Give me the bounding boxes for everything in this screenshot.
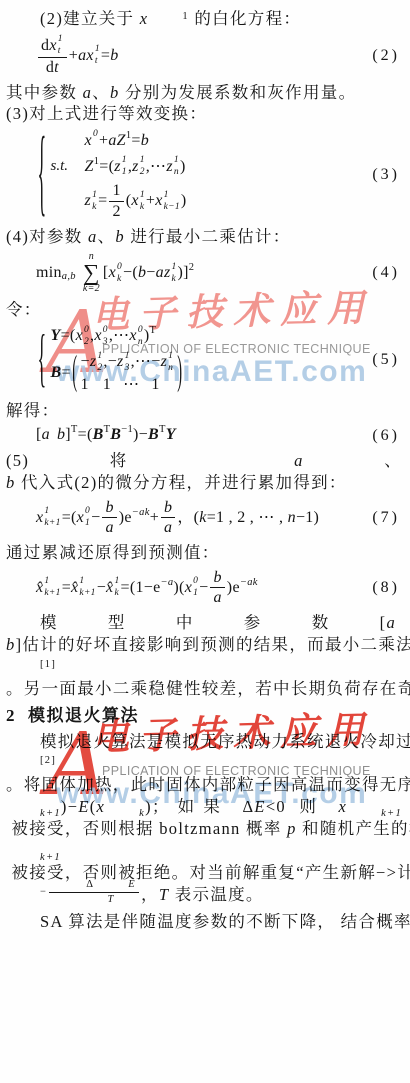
formula: Z1=(z11,z12,⋯z1n) — [85, 156, 186, 177]
paper-page: (2)建立关于 x1 的白化方程：dx1tdt+ax1t=b(2)其中参数 a、… — [0, 0, 410, 1083]
matrix: (−z12,−z13,⋯−z1n11⋯1) — [71, 352, 184, 394]
math-var: z — [90, 353, 97, 371]
formula: Y=(x02,x03,⋯x0n)T — [51, 326, 157, 347]
math-var: x — [97, 797, 106, 816]
scripted-var: z12 — [132, 156, 146, 177]
numerator: ΔE — [49, 879, 139, 893]
superscript: 1 — [122, 156, 127, 165]
paragraph: (3)对上式进行等效变换： — [6, 103, 402, 125]
subscript: k — [171, 275, 176, 284]
superscript: 1 — [140, 191, 145, 200]
subscript: k — [105, 809, 145, 820]
math-var: x — [129, 327, 136, 345]
math-var: E — [78, 797, 89, 816]
math-var: b — [110, 83, 120, 102]
math-text: − — [40, 887, 47, 898]
math-text: 分别为发展系数和灰作用量。 — [120, 83, 357, 102]
scripted-var: x0 — [85, 130, 99, 151]
math-text: ， — [141, 885, 159, 904]
math-var: x — [131, 192, 138, 210]
scripted-var: x01 — [185, 577, 199, 598]
math-text: − — [199, 579, 208, 597]
subscript: 1 — [193, 589, 198, 598]
scripted-var: x02 — [76, 326, 90, 347]
math-text: (2)建立关于 — [40, 9, 140, 28]
denominator: dt — [46, 58, 59, 77]
numerator: b — [161, 499, 175, 519]
denominator: T — [74, 893, 115, 906]
formula: mina,bn∑k=2[x0k−(b−az1k)]2 — [36, 252, 194, 294]
script-stack: 1t — [95, 45, 100, 66]
math-var: x — [94, 327, 101, 345]
math-var: k+1 — [381, 808, 402, 819]
superscript: T — [150, 326, 157, 337]
fraction: dx1tdt — [38, 35, 67, 77]
equation: [ab]T=(BTB−1)−BTY(6) — [6, 426, 402, 444]
math-text: ) — [180, 158, 186, 176]
script-stack: 02 — [84, 326, 89, 347]
math-vector: B — [148, 426, 159, 444]
superscript: 0 — [85, 507, 90, 516]
formula: B=(−z12,−z13,⋯−z1n11⋯1) — [51, 352, 184, 394]
superscript: 0 — [193, 577, 198, 586]
math-var: x — [85, 132, 92, 150]
math-text: 被接受，否则根据 boltzmann 概率 — [6, 819, 287, 838]
math-text: <0 则 — [266, 797, 339, 816]
math-var: k — [199, 509, 206, 527]
math-text: min — [36, 264, 62, 282]
superscript: 1 — [148, 12, 189, 23]
math-text: 1 — [80, 376, 88, 394]
script-stack: 1n — [174, 156, 179, 177]
math-text: + — [99, 132, 108, 150]
math-text: 、 — [304, 451, 402, 470]
math-var: a — [386, 613, 396, 632]
script-stack: 1n — [168, 352, 173, 373]
equation-system: {x0+aZ1=bs.t.Z1=(z11,z12,⋯z1n)z1k=12(x1k… — [6, 130, 402, 220]
script-stack: 12 — [97, 352, 102, 373]
math-vector: B — [51, 364, 62, 382]
superscript: −ΔET — [6, 879, 141, 905]
superscript: T — [159, 425, 166, 436]
equation-number: (3) — [372, 166, 402, 184]
math-var: k+1 — [40, 852, 61, 863]
superscript: −a — [160, 578, 173, 589]
equation-number: (4) — [372, 264, 402, 282]
superscript: 1 — [94, 157, 100, 168]
math-text: 2 — [6, 706, 16, 725]
superscript: 0 — [117, 263, 122, 272]
math-text: 1 — [103, 376, 111, 394]
math-text: = — [62, 364, 71, 382]
math-var: b — [110, 47, 118, 65]
system-row: s.t.Z1=(z11,z12,⋯z1n) — [51, 156, 187, 177]
superscript: 1 — [44, 577, 49, 586]
superscript: −1 — [121, 425, 133, 436]
subscript: k — [140, 203, 145, 212]
paragraph: 通过累减还原得到预测值： — [6, 542, 402, 564]
subscript: 2 — [140, 168, 145, 177]
math-var: b — [138, 264, 146, 282]
math-text: 、 — [98, 227, 116, 246]
math-text: (4)对参数 — [6, 227, 88, 246]
equation: x1k+1=(x01−ba)e−ak+ba，(k=1 , 2 , ⋯ , n−1… — [6, 499, 402, 537]
superscript: 0 — [84, 326, 89, 335]
script-stack: 01 — [193, 577, 198, 598]
math-text: 的白化方程： — [189, 9, 301, 28]
math-text: )；如果 Δ — [145, 797, 254, 816]
math-var: x̂ — [106, 579, 113, 597]
numerator: b — [210, 569, 224, 589]
math-var: a — [42, 426, 50, 444]
math-var: b — [141, 132, 149, 150]
script-stack: 1k+1 — [44, 577, 60, 598]
formula: x1k+1=(x01−ba)e−ak+ba，(k=1 , 2 , ⋯ , n−1… — [36, 499, 319, 537]
paragraph: 令： — [6, 299, 402, 321]
scripted-var: x̂1k — [106, 577, 120, 598]
fraction: ba — [161, 499, 175, 537]
system-row: z1k=12(x1k+x1k−1) — [51, 182, 187, 220]
equation-system: {Y=(x02,x03,⋯x0n)TB=(−z12,−z13,⋯−z1n11⋯1… — [6, 326, 402, 394]
scripted-var: x1k−1 — [155, 191, 181, 212]
scripted-var: z13 — [117, 352, 131, 373]
math-var: x — [49, 37, 56, 55]
script-stack: 13 — [125, 352, 130, 373]
math-var: x — [36, 509, 43, 527]
subscript: k+1 — [6, 853, 61, 864]
right-paren-icon: ) — [177, 353, 182, 395]
math-text: = — [131, 132, 140, 150]
superscript: −ak — [240, 578, 258, 589]
superscript: [1] — [6, 660, 56, 671]
scripted-var: x̂1k+1 — [36, 577, 62, 598]
subscript: 2 — [84, 338, 89, 347]
math-var: n — [288, 509, 296, 527]
scripted-var: z1n — [161, 352, 175, 373]
math-var: k — [139, 808, 145, 819]
subscript: k — [117, 275, 122, 284]
equation-number: (5) — [372, 351, 402, 369]
math-var: x — [109, 264, 116, 282]
math-var: a — [156, 264, 164, 282]
math-text: SA 算法是伴随温度参数的不断下降， 结合概率突 — [40, 912, 410, 931]
math-var: a — [105, 519, 113, 537]
superscript: 1 — [168, 352, 173, 361]
math-text: e — [153, 579, 160, 597]
superscript: 0 — [103, 326, 108, 335]
math-text: )( — [173, 579, 184, 597]
system: {Y=(x02,x03,⋯x0n)TB=(−z12,−z13,⋯−z1n11⋯1… — [36, 326, 184, 394]
superscript: 1 — [97, 352, 102, 361]
math-vector: Y — [166, 426, 176, 444]
math-text: = — [101, 47, 110, 65]
math-text: 2 — [112, 203, 120, 221]
subscript: t — [95, 57, 98, 66]
math-var: b — [115, 227, 125, 246]
math-vector: B — [110, 426, 121, 444]
math-var: a — [83, 83, 93, 102]
paragraph: 模拟退火算法是模拟无序热动力系统退火冷却过程的行为，将统计学应用到热力学的理论中… — [6, 731, 402, 911]
superscript: 1 — [126, 131, 132, 142]
scripted-var: x0k — [109, 263, 123, 284]
paragraph: (2)建立关于 x1 的白化方程： — [6, 8, 402, 30]
superscript: 0 — [138, 326, 143, 335]
math-text: e — [124, 509, 131, 527]
script-stack: 1k — [140, 191, 145, 212]
scripted-var: x03 — [94, 326, 108, 347]
math-var: a — [294, 451, 304, 470]
math-text: 令： — [6, 300, 42, 319]
math-var: Z — [85, 158, 94, 176]
scripted-var: x̂1k+1 — [71, 577, 97, 598]
math-text: ⋯ — [123, 376, 139, 394]
math-text: ,⋯ — [146, 158, 167, 176]
denominator: a — [213, 588, 221, 607]
formula: [ab]T=(BTB−1)−BTY — [36, 426, 176, 444]
subscript: 3 — [103, 338, 108, 347]
math-var: x̂ — [36, 579, 43, 597]
script-stack: 03 — [103, 326, 108, 347]
script-stack: 1k+1 — [79, 577, 95, 598]
scripted-var: x1k — [131, 191, 145, 212]
system-rows: x0+aZ1=bs.t.Z1=(z11,z12,⋯z1n)z1k=12(x1k+… — [51, 130, 187, 220]
math-var: z — [166, 158, 173, 176]
math-text: 1 — [151, 376, 159, 394]
math-text: )− — [61, 797, 78, 816]
denominator: 2 — [112, 202, 120, 221]
math-var: b — [164, 499, 172, 517]
brace-icon: { — [37, 328, 46, 393]
subscript: k — [114, 589, 119, 598]
math-text: 模拟退火算法是模拟无序热动力系统退火冷却过程的行为，将统计学应用到热力学的理论中 — [40, 732, 410, 751]
math-var: z — [164, 264, 171, 282]
superscript: 1 — [114, 577, 119, 586]
math-var: T — [159, 885, 169, 904]
script-stack: 12 — [140, 156, 145, 177]
math-text: − — [146, 264, 155, 282]
math-text: =(1− — [121, 579, 154, 597]
math-text: 表示温度。 — [169, 885, 263, 904]
subscript: k+1 — [6, 809, 61, 820]
math-var: b — [213, 569, 221, 587]
scripted-var: x01 — [77, 507, 91, 528]
math-var: x̂ — [71, 579, 78, 597]
script-stack: 1k — [171, 263, 176, 284]
math-text: = — [62, 579, 71, 597]
subscript: 3 — [125, 364, 130, 373]
math-text: 解得： — [6, 401, 59, 420]
superscript: 1 — [164, 191, 169, 200]
subscript: k−1 — [164, 203, 180, 212]
math-var: a — [164, 519, 172, 537]
superscript: 1 — [44, 507, 49, 516]
math-text: − — [97, 579, 106, 597]
math-text: ,− — [103, 353, 117, 371]
math-text: − — [91, 509, 100, 527]
subscript: k+1 — [79, 589, 95, 598]
math-text: 、 — [92, 83, 110, 102]
math-vector: B — [93, 426, 104, 444]
subscript: k+1 — [347, 809, 402, 820]
math-var: −a — [160, 577, 173, 588]
math-text: + — [69, 47, 78, 65]
math-text: 模拟退火算法 — [28, 706, 139, 725]
subscript: n — [138, 338, 143, 347]
math-var: b — [6, 635, 16, 654]
subscript: 1 — [122, 168, 127, 177]
scripted-var: z12 — [90, 352, 104, 373]
math-var: x — [140, 9, 149, 28]
math-text: + — [146, 192, 155, 210]
numerator: dx1t — [38, 35, 67, 58]
fraction: 12 — [109, 182, 123, 220]
paragraph: SA 算法是伴随温度参数的不断下降， 结合概率突 — [6, 911, 402, 933]
constraint-label: s.t. — [51, 158, 85, 175]
subscript: 1 — [85, 519, 90, 528]
math-text: =( — [61, 327, 76, 345]
math-text: d — [46, 59, 54, 77]
math-text: 通过累减还原得到预测值： — [6, 543, 220, 562]
formula: dx1tdt+ax1t=b — [36, 35, 119, 77]
paragraph: 模型中参数[ab]估计的好坏直接影响到预测的结果，而最小二乘法是基于残差平方和最… — [6, 612, 402, 700]
article-content: (2)建立关于 x1 的白化方程：dx1tdt+ax1t=b(2)其中参数 a、… — [0, 0, 410, 932]
scripted-var: x1t — [86, 45, 100, 66]
scripted-var: x1t — [49, 35, 63, 56]
scripted-var: x0n — [129, 326, 143, 347]
math-text: 。将固体加热，此时固体内部粒子因高温而变得无序，伴随温度参数的不断下降，固体内部… — [6, 775, 410, 794]
paragraph: 其中参数 a、b 分别为发展系数和灰作用量。 — [6, 82, 402, 104]
math-var: b — [105, 499, 113, 517]
math-var: z — [132, 158, 139, 176]
math-var: x — [76, 327, 83, 345]
equation-number: (7) — [372, 509, 402, 527]
denominator: a — [105, 518, 113, 537]
math-var: b — [57, 426, 65, 444]
matrix-row: −z12,−z13,⋯−z1n — [80, 352, 174, 373]
math-var: p — [287, 819, 297, 838]
script-stack: 1k−1 — [164, 191, 180, 212]
scripted-var: z1n — [166, 156, 180, 177]
subscript: 2 — [97, 364, 102, 373]
math-text: =( — [99, 158, 114, 176]
script-stack: 0 — [93, 130, 98, 151]
math-var: x — [155, 192, 162, 210]
math-var: T — [74, 894, 115, 906]
superscript: 2 — [189, 263, 195, 274]
brace-icon: { — [37, 127, 46, 224]
math-var: z — [85, 192, 92, 210]
math-var: a — [213, 589, 221, 607]
superscript: T — [104, 425, 111, 436]
math-text: 和随机产生的概率阈值 — [297, 819, 410, 838]
math-text: (3)对上式进行等效变换： — [6, 104, 207, 123]
equation-number: (2) — [372, 47, 402, 65]
math-text: )− — [133, 426, 148, 444]
script-stack: 1t — [58, 35, 63, 56]
math-text: =( — [78, 426, 93, 444]
matrix-rows: −z12,−z13,⋯−z1n11⋯1 — [78, 352, 176, 394]
system-rows: Y=(x02,x03,⋯x0n)TB=(−z12,−z13,⋯−z1n11⋯1) — [51, 326, 184, 394]
scripted-var: z1k — [164, 263, 178, 284]
superscript: 1 — [171, 263, 176, 272]
numerator: 1 — [109, 182, 123, 202]
script-stack: 1k — [92, 191, 97, 212]
math-var: x — [185, 579, 192, 597]
formula: x̂1k+1=x̂1k+1−x̂1k=(1−e−a)(x01−ba)e−ak — [36, 569, 258, 607]
math-var: Z — [117, 132, 126, 150]
math-text: 其中参数 — [6, 83, 83, 102]
math-text: =1 , 2 , ⋯ , — [207, 509, 288, 527]
math-var: x — [86, 47, 93, 65]
superscript: −ak — [132, 508, 150, 519]
math-text: (5)将 — [6, 451, 294, 470]
math-text: ,⋯ — [109, 327, 130, 345]
subscript: a,b — [62, 272, 76, 283]
denominator: a — [164, 518, 172, 537]
numerator: b — [102, 499, 116, 519]
math-text: Δ — [52, 879, 94, 891]
superscript: 1 — [125, 352, 130, 361]
left-paren-icon: ( — [72, 353, 77, 395]
math-text: + — [150, 509, 159, 527]
superscript: 1 — [79, 577, 84, 586]
math-var: x — [77, 509, 84, 527]
math-var: k+1 — [40, 808, 61, 819]
math-text: ]估计的好坏直接影响到预测的结果，而最小二乘法是基于残差平方和最小寻优，容易陷入… — [16, 635, 410, 654]
math-text: −1) — [296, 509, 319, 527]
equation-number: (8) — [372, 579, 402, 597]
math-text: = — [98, 192, 107, 210]
subscript: t — [58, 47, 61, 56]
fraction: ΔET — [49, 879, 139, 905]
fraction: ba — [102, 499, 116, 537]
sigma-icon: ∑ — [83, 262, 100, 284]
math-var: b — [6, 473, 16, 492]
script-stack: 01 — [85, 507, 90, 528]
math-text: ) — [181, 192, 187, 210]
math-var: z — [161, 353, 168, 371]
formula: z1k=12(x1k+x1k−1) — [85, 182, 187, 220]
script-stack: 0k — [117, 263, 122, 284]
math-var: z — [114, 158, 121, 176]
math-var: z — [117, 353, 124, 371]
paragraph: (5)将 a、b 代入式(2)的微分方程，并进行累加得到： — [6, 450, 402, 494]
math-var: a — [88, 227, 98, 246]
equation: x̂1k+1=x̂1k+1−x̂1k=(1−e−a)(x01−ba)e−ak(8… — [6, 569, 402, 607]
subscript: n — [168, 364, 173, 373]
script-stack: 0n — [138, 326, 143, 347]
equation: dx1tdt+ax1t=b(2) — [6, 35, 402, 77]
math-text: 模型中参数[ — [40, 613, 386, 632]
math-var: a — [108, 132, 116, 150]
math-var: t — [54, 59, 59, 77]
math-text: 代入式(2)的微分方程，并进行累加得到： — [16, 473, 347, 492]
math-text: =( — [62, 509, 77, 527]
math-text: ，( — [177, 509, 199, 527]
system: {x0+aZ1=bs.t.Z1=(z11,z12,⋯z1n)z1k=12(x1k… — [36, 130, 187, 220]
superscript: 1 — [140, 156, 145, 165]
paragraph: (4)对参数 a、b 进行最小二乘估计： — [6, 226, 402, 248]
superscript: T — [71, 425, 78, 436]
formula: x0+aZ1=b — [85, 130, 150, 151]
math-text: )] — [178, 264, 189, 282]
superscript: 1 — [92, 191, 97, 200]
sum-operator: n∑k=2 — [83, 252, 100, 294]
math-text: e — [232, 579, 239, 597]
math-text: 。另一面最小二乘稳健性较差，若中长期负荷存在奇异点，应用最小二乘法会导致异常数据… — [6, 679, 410, 698]
superscript: 1 — [58, 35, 63, 44]
system-row: x0+aZ1=b — [51, 130, 187, 151]
